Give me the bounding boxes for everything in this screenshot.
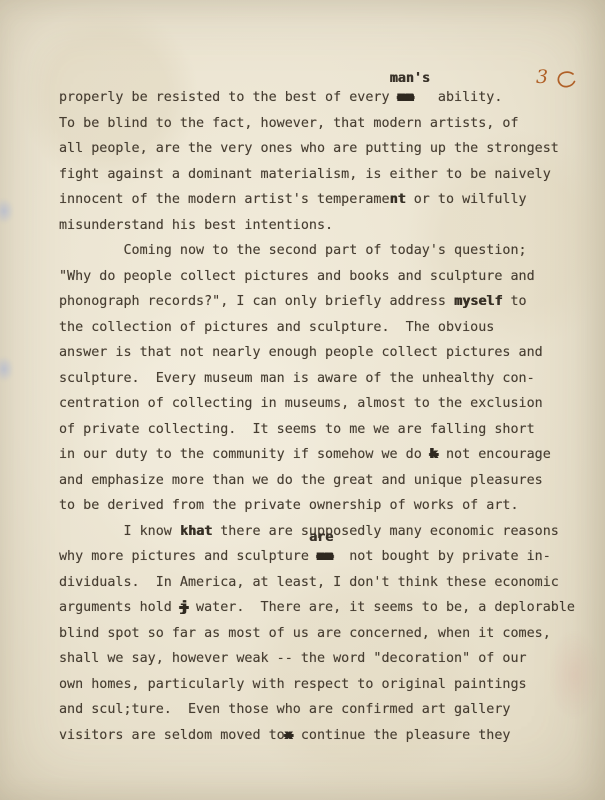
typed-text: in our duty to the community if somehow … bbox=[59, 447, 430, 462]
inserted-word-above: are bbox=[309, 525, 333, 551]
typed-text: centration of collecting in museums, alm… bbox=[59, 396, 543, 411]
typed-text: own homes, particularly with respect to … bbox=[59, 677, 527, 692]
typed-text: water. There are, it seems to be, a depl… bbox=[188, 600, 575, 615]
typed-text: not bought by private in- bbox=[333, 549, 551, 564]
typed-text: visitors are seldom moved to bbox=[59, 728, 285, 743]
overtyped-text: nt bbox=[390, 192, 406, 207]
typed-line: arguments hold j water. There are, it se… bbox=[59, 595, 579, 621]
typed-line: centration of collecting in museums, alm… bbox=[59, 391, 579, 417]
typed-text: I know bbox=[59, 524, 180, 539]
typed-text: arguments hold bbox=[59, 600, 180, 615]
typed-text: shall we say, however weak -- the word "… bbox=[59, 651, 527, 666]
typed-line: shall we say, however weak -- the word "… bbox=[59, 646, 579, 672]
typed-line: Coming now to the second part of today's… bbox=[59, 238, 579, 264]
typed-line: of private collecting. It seems to me we… bbox=[59, 417, 579, 443]
typed-text: phonograph records?", I can only briefly… bbox=[59, 294, 454, 309]
typed-text: innocent of the modern artist's temperam… bbox=[59, 192, 390, 207]
typed-line: why more pictures and sculpture mmare no… bbox=[59, 544, 579, 570]
typed-text: all people, are the very ones who are pu… bbox=[59, 141, 559, 156]
typed-text: "Why do people collect pictures and book… bbox=[59, 269, 535, 284]
typed-line: fight against a dominant materialism, is… bbox=[59, 162, 579, 188]
typed-line: visitors are seldom moved tox continue t… bbox=[59, 723, 579, 749]
struck-out-text: x bbox=[285, 728, 293, 743]
typed-text: misunderstand his best intentions. bbox=[59, 218, 333, 233]
typed-line: and emphasize more than we do the great … bbox=[59, 468, 579, 494]
struck-out-text: j bbox=[180, 600, 188, 615]
typed-line: innocent of the modern artist's temperam… bbox=[59, 187, 579, 213]
typed-line: sculpture. Every museum man is aware of … bbox=[59, 366, 579, 392]
typed-text-block: properly be resisted to the best of ever… bbox=[59, 85, 579, 748]
struck-out-text: k bbox=[430, 447, 438, 462]
typed-line: To be blind to the fact, however, that m… bbox=[59, 111, 579, 137]
typed-text: fight against a dominant materialism, is… bbox=[59, 167, 551, 182]
typed-text: why more pictures and sculpture bbox=[59, 549, 317, 564]
typed-text: and emphasize more than we do the great … bbox=[59, 473, 543, 488]
struck-out-text: mm bbox=[317, 549, 333, 564]
inserted-word-above: man's bbox=[390, 66, 430, 92]
blue-smudge bbox=[0, 356, 14, 382]
typed-line: all people, are the very ones who are pu… bbox=[59, 136, 579, 162]
typed-text: blind spot so far as most of us are conc… bbox=[59, 626, 551, 641]
typed-text: properly be resisted to the best of ever… bbox=[59, 90, 398, 105]
scanned-manuscript-page: 3 properly be resisted to the best of ev… bbox=[0, 0, 605, 800]
typed-line: blind spot so far as most of us are conc… bbox=[59, 621, 579, 647]
typed-text: To be blind to the fact, however, that m… bbox=[59, 116, 519, 131]
typed-line: "Why do people collect pictures and book… bbox=[59, 264, 579, 290]
typed-text: not encourage bbox=[438, 447, 551, 462]
typed-text: there are supposedly many economic reaso… bbox=[212, 524, 559, 539]
typed-line: misunderstand his best intentions. bbox=[59, 213, 579, 239]
typed-text: the collection of pictures and sculpture… bbox=[59, 320, 494, 335]
struck-out-text: mm bbox=[398, 90, 414, 105]
typed-text: Coming now to the second part of today's… bbox=[59, 243, 527, 258]
typed-text: answer is that not nearly enough people … bbox=[59, 345, 543, 360]
typed-text: continue the pleasure they bbox=[293, 728, 511, 743]
typed-line: answer is that not nearly enough people … bbox=[59, 340, 579, 366]
typed-text: to bbox=[502, 294, 526, 309]
typed-line: dividuals. In America, at least, I don't… bbox=[59, 570, 579, 596]
typed-correction: mmare bbox=[317, 549, 333, 564]
typed-text: and scul;ture. Even those who are confir… bbox=[59, 702, 510, 717]
typed-text: of private collecting. It seems to me we… bbox=[59, 422, 535, 437]
typed-line: and scul;ture. Even those who are confir… bbox=[59, 697, 579, 723]
overtyped-text: myself bbox=[454, 294, 502, 309]
typed-text: ability. bbox=[414, 90, 503, 105]
overtyped-text: khat bbox=[180, 524, 212, 539]
typed-text: dividuals. In America, at least, I don't… bbox=[59, 575, 559, 590]
typed-text: sculpture. Every museum man is aware of … bbox=[59, 371, 535, 386]
typed-line: properly be resisted to the best of ever… bbox=[59, 85, 579, 111]
typed-line: own homes, particularly with respect to … bbox=[59, 672, 579, 698]
typed-line: to be derived from the private ownership… bbox=[59, 493, 579, 519]
typed-text: or to wilfully bbox=[406, 192, 527, 207]
typed-line: phonograph records?", I can only briefly… bbox=[59, 289, 579, 315]
typed-correction: mmman's bbox=[398, 90, 414, 105]
typed-line: the collection of pictures and sculpture… bbox=[59, 315, 579, 341]
typed-line: in our duty to the community if somehow … bbox=[59, 442, 579, 468]
blue-smudge bbox=[0, 198, 14, 224]
typed-text: to be derived from the private ownership… bbox=[59, 498, 519, 513]
